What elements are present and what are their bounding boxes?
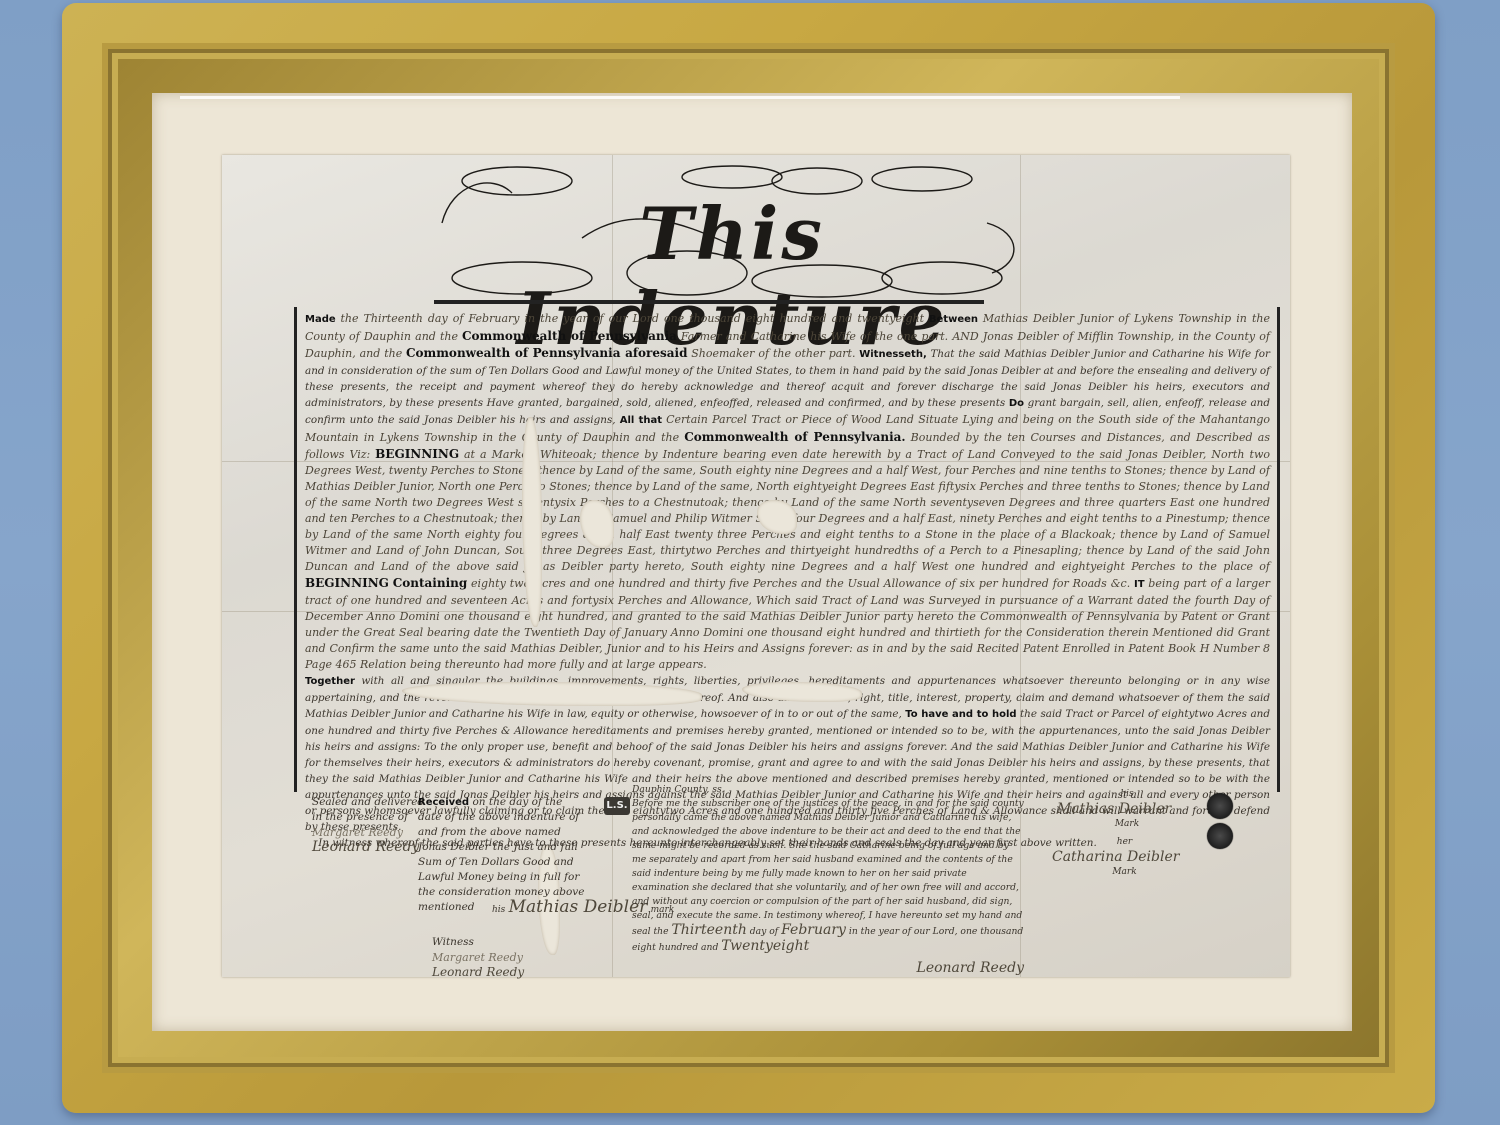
all-that-label: All that bbox=[620, 415, 662, 426]
wax-seal-icon bbox=[1207, 793, 1233, 819]
do-label: Do bbox=[1009, 398, 1024, 409]
mat-board: This Indenture Made the Thirteenth day o… bbox=[152, 93, 1352, 1031]
glass-glare bbox=[180, 96, 1180, 99]
beginning-heading: BEGINNING bbox=[375, 447, 459, 461]
commonwealth-heading: Commonwealth of Pennsylvania bbox=[462, 329, 677, 343]
title-rule bbox=[434, 300, 984, 304]
party-signature-1: his Mathias Deibler Mark bbox=[1057, 787, 1197, 832]
commonwealth-heading: Commonwealth of Pennsylvania aforesaid bbox=[406, 346, 688, 360]
receipt-witnesses: Witness Margaret Reedy Leonard Reedy bbox=[432, 935, 582, 980]
title-block: This Indenture bbox=[432, 163, 1032, 298]
between-label: Between bbox=[929, 314, 978, 325]
beginning-heading: BEGINNING bbox=[305, 576, 389, 590]
justice-signature: Leonard Reedy bbox=[632, 961, 1024, 975]
ls-seal-box: L.S. bbox=[604, 797, 630, 815]
commonwealth-heading: Commonwealth of Pennsylvania. bbox=[684, 430, 905, 444]
indenture-body: Made the Thirteenth day of February in t… bbox=[294, 307, 1280, 792]
wax-seal-icon bbox=[1207, 823, 1233, 849]
to-have-label: To have and to hold bbox=[905, 709, 1016, 720]
indenture-document: This Indenture Made the Thirteenth day o… bbox=[222, 155, 1290, 977]
county-heading: Dauphin County, ss. bbox=[632, 783, 1024, 797]
it-label: IT bbox=[1134, 579, 1145, 590]
indenture-text: Made the Thirteenth day of February in t… bbox=[305, 311, 1270, 851]
made-label: Made bbox=[305, 314, 336, 325]
acknowledgment-block: Dauphin County, ss. Before me the subscr… bbox=[632, 783, 1024, 975]
party-signature-2: her Catharina Deibler Mark bbox=[1052, 835, 1197, 880]
together-label: Together bbox=[305, 676, 355, 687]
received-label: Received bbox=[418, 797, 469, 808]
witnesseth-label: Witnesseth, bbox=[859, 349, 927, 360]
containing-heading: Containing bbox=[393, 576, 468, 590]
